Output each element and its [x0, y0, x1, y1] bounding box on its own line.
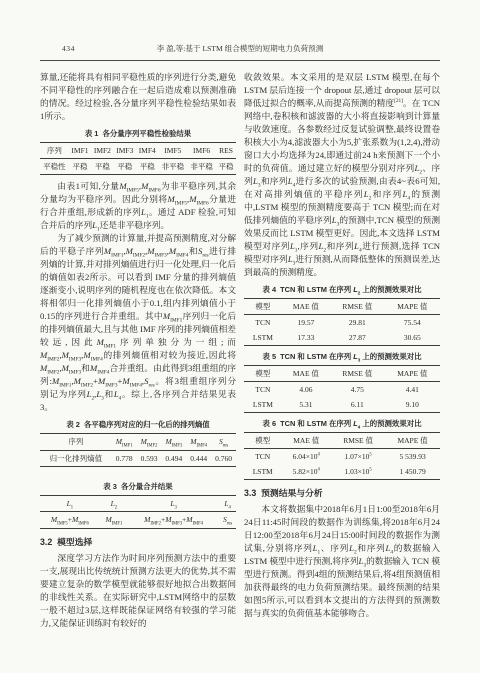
table-cell: MIMF2+MIMF3+MIMF4 — [128, 512, 219, 529]
paragraph: 本文将数据集中2018年6月1日1:00至2018年6月24日11:45时间段的… — [244, 503, 440, 620]
table-header-cell: 序列 — [40, 143, 69, 159]
table-header-row: 序列IMF1IMF2IMF3IMF4IMF5IMF6RES — [40, 143, 236, 159]
table5-l3-comparison: 模型MAE 值RMSE 值MAPE 值TCN4.064.754.41LSTM5.… — [244, 365, 440, 413]
table-header-cell: 模型 — [244, 366, 282, 382]
table-cell: 17.33 — [282, 330, 330, 346]
table-header-row: 模型MAE 值RMSE 值MAPE 值 — [244, 299, 440, 315]
table-row: LSTM17.3327.8730.65 — [244, 330, 440, 346]
table-header-cell: L4 — [219, 495, 236, 512]
table-cell: 平稳 — [69, 159, 91, 175]
table-header-cell: IMF6 — [187, 143, 216, 159]
table-header-cell: 序列 — [40, 434, 112, 451]
table-header-cell: MIMF1 — [112, 434, 137, 451]
table-cell: TCN — [244, 382, 282, 398]
table-header-cell: IMF5 — [158, 143, 187, 159]
table-row: MIMF5+MIMF6MIMF1MIMF2+MIMF3+MIMF4Sres — [40, 512, 236, 529]
table-header-cell: Sres — [211, 434, 236, 451]
table-header-row: 序列MIMF1MIMF2MIMF3MIMF4Sres — [40, 434, 236, 451]
table-header-row: L1L2L3L4 — [40, 495, 236, 512]
section-heading-3-3: 3.3 预测结果与分析 — [244, 488, 440, 499]
table-header-cell: 模型 — [244, 299, 282, 315]
table-cell: MIMF1 — [100, 512, 128, 529]
table-header-cell: MIMF2 — [137, 434, 162, 451]
table-cell: 5.82×104 — [281, 464, 331, 480]
table-row: LSTM5.316.119.10 — [244, 397, 440, 413]
paper-page: 434 李 盈,等:基于 LSTM 组合模型的短期电力负荷预测 算量,还能将具有… — [0, 0, 480, 673]
table-cell: 非平稳 — [187, 159, 216, 175]
table-row: TCN6.04×1041.07×1055 539.93 — [244, 449, 440, 465]
table3-merge-results: L1L2L3L4MIMF5+MIMF6MIMF1MIMF2+MIMF3+MIMF… — [40, 495, 236, 529]
table-cell: 1.03×105 — [331, 464, 385, 480]
table-header-cell: 模型 — [244, 433, 281, 449]
table-header-row: 模型MAE 值RMSE 值MAPE 值 — [244, 366, 440, 382]
table-cell: 1.07×105 — [331, 449, 385, 465]
table-row: 平稳性平稳平稳平稳平稳非平稳非平稳平稳 — [40, 159, 236, 175]
table-cell: 29.81 — [330, 315, 385, 331]
two-column-content: 算量,还能将具有相同平稳性质的序列进行分类,避免不同平稳性的序列融合在一起后造成… — [40, 71, 440, 630]
table1-caption: 表 1 各分量序列平稳性检验结果 — [40, 129, 236, 139]
table-cell: 30.65 — [385, 330, 440, 346]
paragraph: 为了减少预测的计算量,并提高预测精度,对分解后的平稳子序列MIMF1,MIMF2… — [40, 232, 236, 414]
paragraph: 深度学习方法作为时间序列预测方法中的重要一支,展现出比传统统计预测方法更大的优势… — [40, 552, 236, 630]
table-cell: 0.444 — [186, 450, 211, 466]
table4-l2-comparison: 模型MAE 值RMSE 值MAPE 值TCN19.5729.8175.54LST… — [244, 298, 440, 346]
left-column: 算量,还能将具有相同平稳性质的序列进行分类,避免不同平稳性的序列融合在一起后造成… — [40, 71, 236, 630]
table-cell: 4.41 — [385, 382, 440, 398]
table-header-cell: IMF1 — [69, 143, 91, 159]
table-cell: 平稳性 — [40, 159, 69, 175]
table-header-cell: L3 — [128, 495, 219, 512]
table-header-cell: IMF4 — [136, 143, 158, 159]
table-cell: LSTM — [244, 330, 282, 346]
table-cell: 1 450.79 — [385, 464, 440, 480]
table-cell: 归一化排列熵值 — [40, 450, 112, 466]
table-cell: 平稳 — [216, 159, 236, 175]
table5-caption: 表 5 TCN 和 LSTM 在序列 L3 上的预测效果对比 — [244, 352, 440, 362]
table6-l4-comparison: 模型MAE 值RMSE 值MAPE 值TCN6.04×1041.07×1055 … — [244, 432, 440, 480]
table-cell: LSTM — [244, 464, 281, 480]
table-row: 归一化排列熵值0.7780.5930.4940.4440.760 — [40, 450, 236, 466]
table-cell: 27.87 — [330, 330, 385, 346]
table-cell: MIMF5+MIMF6 — [40, 512, 100, 529]
table-cell: TCN — [244, 449, 281, 465]
table-row: TCN19.5729.8175.54 — [244, 315, 440, 331]
table-cell: 75.54 — [385, 315, 440, 331]
table-cell: 5.31 — [282, 397, 330, 413]
table-cell: 平稳 — [136, 159, 158, 175]
table-cell: 19.57 — [282, 315, 330, 331]
table-header-cell: L1 — [40, 495, 100, 512]
table-cell: 0.760 — [211, 450, 236, 466]
table-header-cell: MAE 值 — [282, 366, 330, 382]
table-cell: TCN — [244, 315, 282, 331]
table-header-cell: MAPE 值 — [385, 299, 440, 315]
spacer — [40, 472, 236, 476]
right-column: 收敛效果。本文采用的是双层 LSTM 模型,在每个 LSTM 层后连接一个 dr… — [244, 71, 440, 630]
table-row: LSTM5.82×1041.03×1051 450.79 — [244, 464, 440, 480]
table3-caption: 表 3 各分量合并结果 — [40, 482, 236, 492]
page-header: 434 李 盈,等:基于 LSTM 组合模型的短期电力负荷预测 — [40, 44, 440, 61]
table-cell: 非平稳 — [158, 159, 187, 175]
table-header-row: 模型MAE 值RMSE 值MAPE 值 — [244, 433, 440, 449]
table-cell: 平稳 — [114, 159, 136, 175]
table-header-cell: MAE 值 — [281, 433, 331, 449]
section-heading-3-2: 3.2 模型选择 — [40, 537, 236, 548]
table-cell: 4.75 — [330, 382, 385, 398]
table-header-cell: IMF3 — [114, 143, 136, 159]
table-cell: 6.04×104 — [281, 449, 331, 465]
paragraph-continuation: 算量,还能将具有相同平稳性质的序列进行分类,避免不同平稳性的序列融合在一起后造成… — [40, 71, 236, 123]
table-header-cell: MIMF4 — [186, 434, 211, 451]
table-header-cell: MAPE 值 — [385, 433, 440, 449]
table-header-cell: MIMF3 — [161, 434, 186, 451]
table-cell: 9.10 — [385, 397, 440, 413]
paragraph-continuation: 收敛效果。本文采用的是双层 LSTM 模型,在每个 LSTM 层后连接一个 dr… — [244, 71, 440, 279]
table2-caption: 表 2 各平稳序列对应的归一化后的排列熵值 — [40, 420, 236, 430]
table-cell: 5 539.93 — [385, 449, 440, 465]
table-cell: 0.778 — [112, 450, 137, 466]
table-cell: 0.593 — [137, 450, 162, 466]
table6-caption: 表 6 TCN 和 LSTM 在序列 L4 上的预测效果对比 — [244, 419, 440, 429]
table2-normalized-entropy: 序列MIMF1MIMF2MIMF3MIMF4Sres归一化排列熵值0.7780.… — [40, 433, 236, 467]
table-header-cell: RMSE 值 — [331, 433, 385, 449]
table-cell: 4.06 — [282, 382, 330, 398]
table-cell: 平稳 — [91, 159, 113, 175]
table-header-cell: MAPE 值 — [385, 366, 440, 382]
paragraph: 由表1可知,分量MIMF5,MIMF6为非平稳序列,其余分量均为平稳序列。因此分… — [40, 180, 236, 232]
table-header-cell: RMSE 值 — [330, 299, 385, 315]
table4-caption: 表 4 TCN 和 LSTM 在序列 L2 上的预测效果对比 — [244, 285, 440, 295]
table-header-cell: L2 — [100, 495, 128, 512]
table-cell: 6.11 — [330, 397, 385, 413]
table-header-cell: MAE 值 — [282, 299, 330, 315]
table-cell: 0.494 — [161, 450, 186, 466]
table-header-cell: IMF2 — [91, 143, 113, 159]
page-number: 434 — [62, 44, 75, 54]
table-header-cell: RMSE 值 — [330, 366, 385, 382]
table-header-cell: RES — [216, 143, 236, 159]
table1-stationarity-results: 序列IMF1IMF2IMF3IMF4IMF5IMF6RES平稳性平稳平稳平稳平稳… — [40, 142, 236, 175]
table-row: TCN4.064.754.41 — [244, 382, 440, 398]
running-title: 李 盈,等:基于 LSTM 组合模型的短期电力负荷预测 — [157, 44, 324, 53]
table-cell: Sres — [219, 512, 236, 529]
table-cell: LSTM — [244, 397, 282, 413]
